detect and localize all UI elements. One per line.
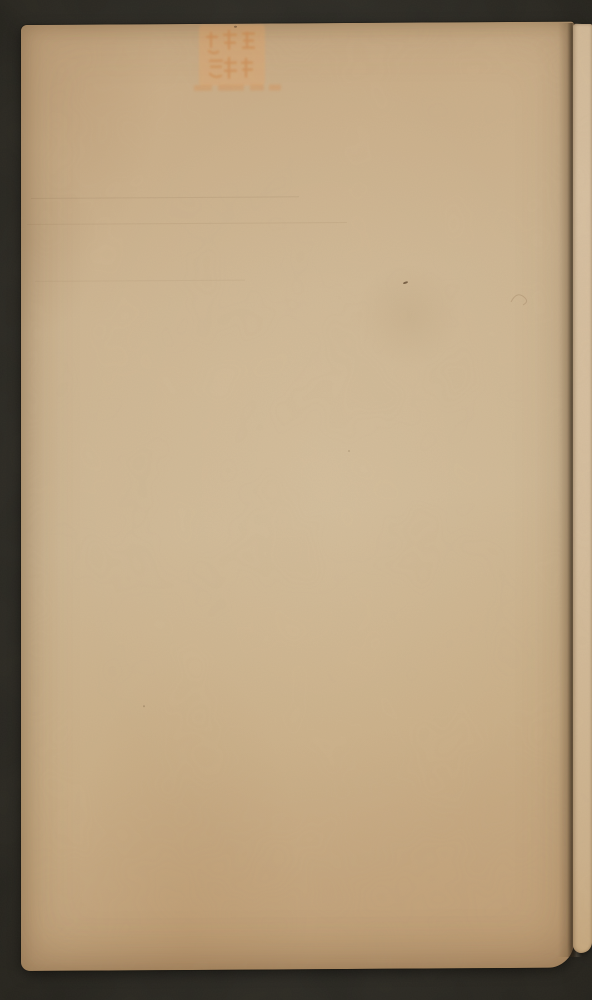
paper-chain-line xyxy=(31,196,299,199)
paper-fiber-mark xyxy=(509,288,533,308)
caption-mark xyxy=(218,85,244,91)
caption-mark xyxy=(269,84,281,90)
seal-glyph-marks xyxy=(199,25,265,86)
faded-stamp-caption xyxy=(192,82,284,93)
book-page xyxy=(21,22,574,971)
paper-speck xyxy=(403,281,408,284)
paper-chain-line xyxy=(27,222,347,225)
paper-speck xyxy=(143,705,145,707)
caption-mark xyxy=(250,85,264,91)
next-page-edge xyxy=(573,24,592,953)
paper-speck xyxy=(234,26,237,28)
paper-speck xyxy=(348,450,350,452)
library-seal-stamp-icon xyxy=(199,25,265,86)
paper-chain-line xyxy=(35,280,245,282)
book-scan-scene xyxy=(0,0,592,1000)
caption-mark xyxy=(194,85,212,91)
